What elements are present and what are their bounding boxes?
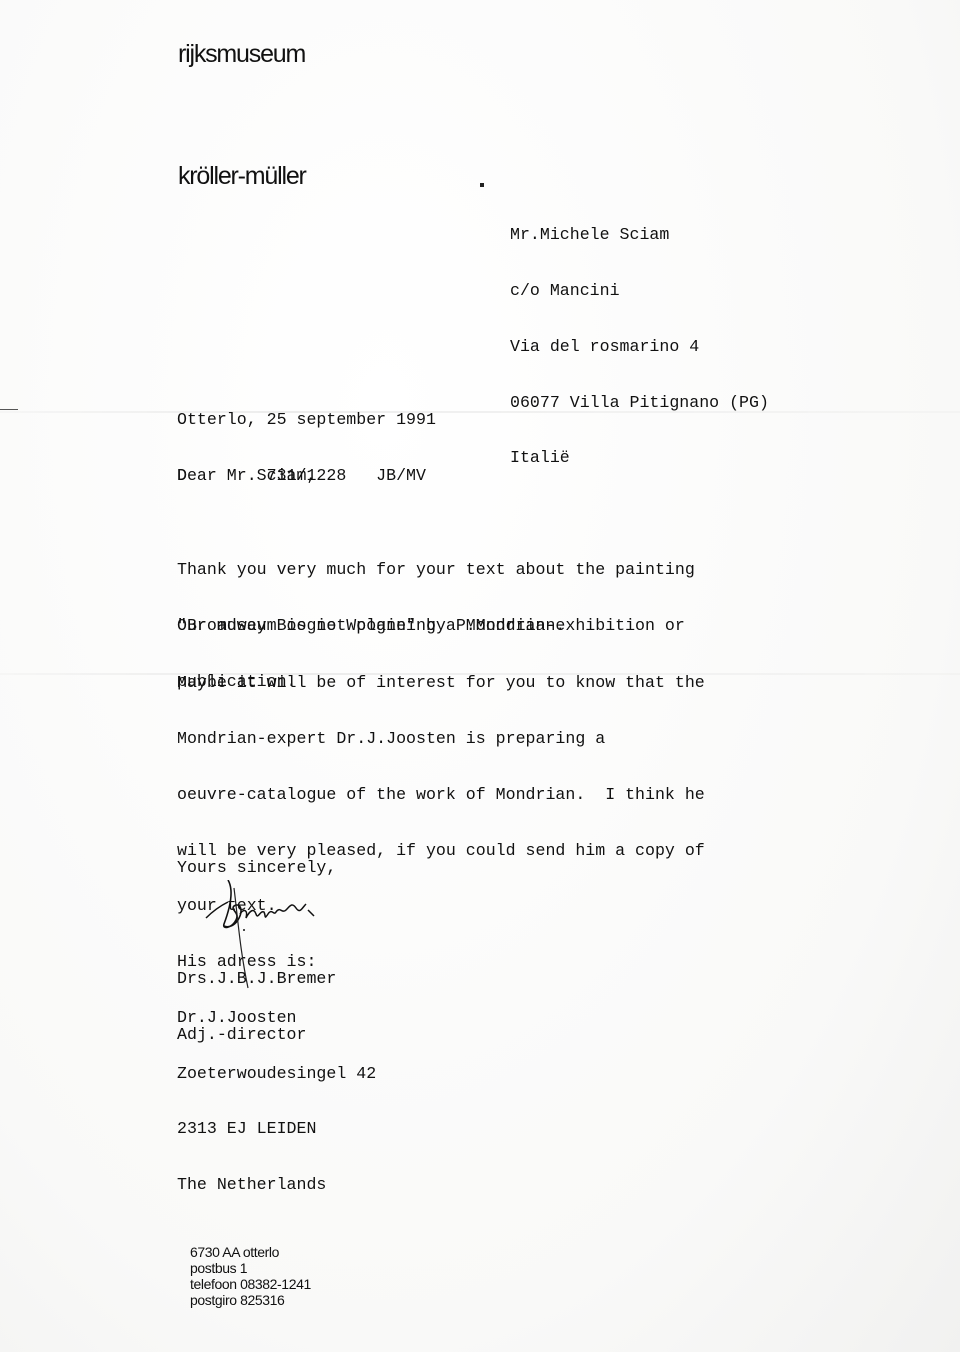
footer-line: 6730 AA otterlo [190,1244,311,1260]
body-line: Thank you very much for your text about … [177,561,695,580]
closing: Yours sincerely, [177,859,336,878]
recipient-line: Via del rosmarino 4 [510,338,769,357]
body-line: Maybe it will be of interest for you to … [177,674,705,693]
letterhead-rijksmuseum: rijksmuseum [178,40,305,69]
date-block: Otterlo, 25 september 1991 D 731/1228 JB… [177,374,436,523]
paper-fold-line [0,411,960,413]
recipient-address: Mr.Michele Sciam c/o Mancini Via del ros… [510,189,769,505]
recipient-line: c/o Mancini [510,282,769,301]
address-window-mark [480,183,484,187]
body-line: Our museum is not planning a Mondrian-ex… [177,617,685,636]
joosten-address-line: 2313 EJ LEIDEN [177,1120,705,1139]
signer-title: Adj.-director [177,1026,336,1045]
signer-name: Drs.J.B.J.Bremer [177,970,336,989]
signer-block: Drs.J.B.J.Bremer Adj.-director [177,933,336,1082]
footer-line: telefoon 08382-1241 [190,1276,311,1292]
letter-page: rijksmuseum kröller-müller Mr.Michele Sc… [0,0,960,1352]
salutation: Dear Mr.Sciam, [177,467,316,486]
body-line: oeuvre-catalogue of the work of Mondrian… [177,786,705,805]
letterhead-kroller-muller: kröller-müller [178,162,306,191]
recipient-line: 06077 Villa Pitignano (PG) [510,394,769,413]
footer-line: postbus 1 [190,1260,311,1276]
place-date: Otterlo, 25 september 1991 [177,411,436,430]
joosten-address-line: The Netherlands [177,1176,705,1195]
footer-line: postgiro 825316 [190,1292,311,1308]
recipient-line: Italië [510,449,769,468]
body-line: Mondrian-expert Dr.J.Joosten is preparin… [177,730,705,749]
fold-mark [0,409,18,410]
footer-contact: 6730 AA otterlo postbus 1 telefoon 08382… [190,1244,311,1308]
recipient-line: Mr.Michele Sciam [510,226,769,245]
